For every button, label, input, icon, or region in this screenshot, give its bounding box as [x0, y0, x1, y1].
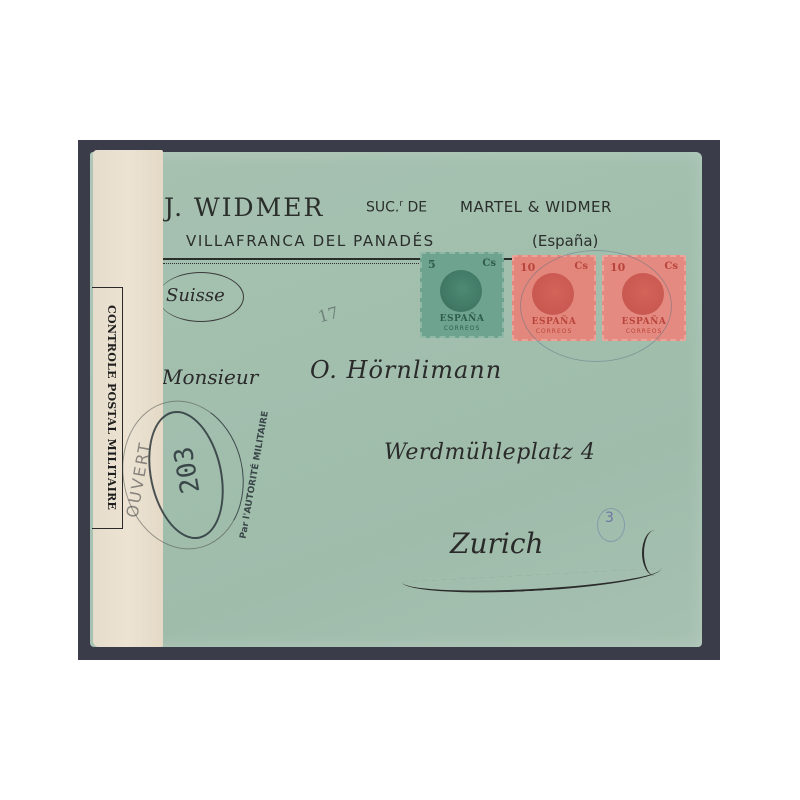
- letterhead-firm: MARTEL & WIDMER: [460, 198, 612, 216]
- letterhead-country: (España): [532, 232, 598, 250]
- successor-prefix: SUC.: [366, 200, 399, 216]
- stamp-label: CORREOS: [422, 325, 502, 332]
- stamp-unit: Cs: [482, 258, 496, 269]
- city-flourish: [642, 530, 668, 576]
- letterhead-successor: SUC.r DE: [366, 199, 427, 216]
- king-portrait-icon: [440, 270, 482, 312]
- street-address: Werdmühleplatz 4: [384, 440, 595, 465]
- stamp-5-centimos-green: 5 Cs ESPAÑA CORREOS: [420, 252, 504, 338]
- city: Zurich: [450, 527, 544, 560]
- letterhead-city: VILLAFRANCA DEL PANADÉS: [186, 232, 435, 250]
- small-oval-number: 3: [605, 510, 614, 526]
- successor-de: DE: [408, 200, 428, 216]
- destination-country: Suisse: [166, 285, 225, 306]
- stamp-unit: Cs: [664, 261, 678, 272]
- stamp-denomination: 5: [428, 258, 436, 271]
- salutation: Monsieur: [162, 365, 258, 389]
- censor-tape-text: CONTROLE POSTAL MILITAIRE: [98, 292, 118, 524]
- postmark-cancellation: [520, 250, 672, 362]
- successor-sup: r: [399, 199, 403, 209]
- letterhead-rule: [163, 258, 423, 264]
- stamp-denomination: 10: [520, 261, 535, 274]
- stamp-country: ESPAÑA: [422, 314, 502, 324]
- letterhead-name: J. WIDMER: [164, 193, 324, 222]
- addressee-name: O. Hörnlimann: [310, 356, 502, 384]
